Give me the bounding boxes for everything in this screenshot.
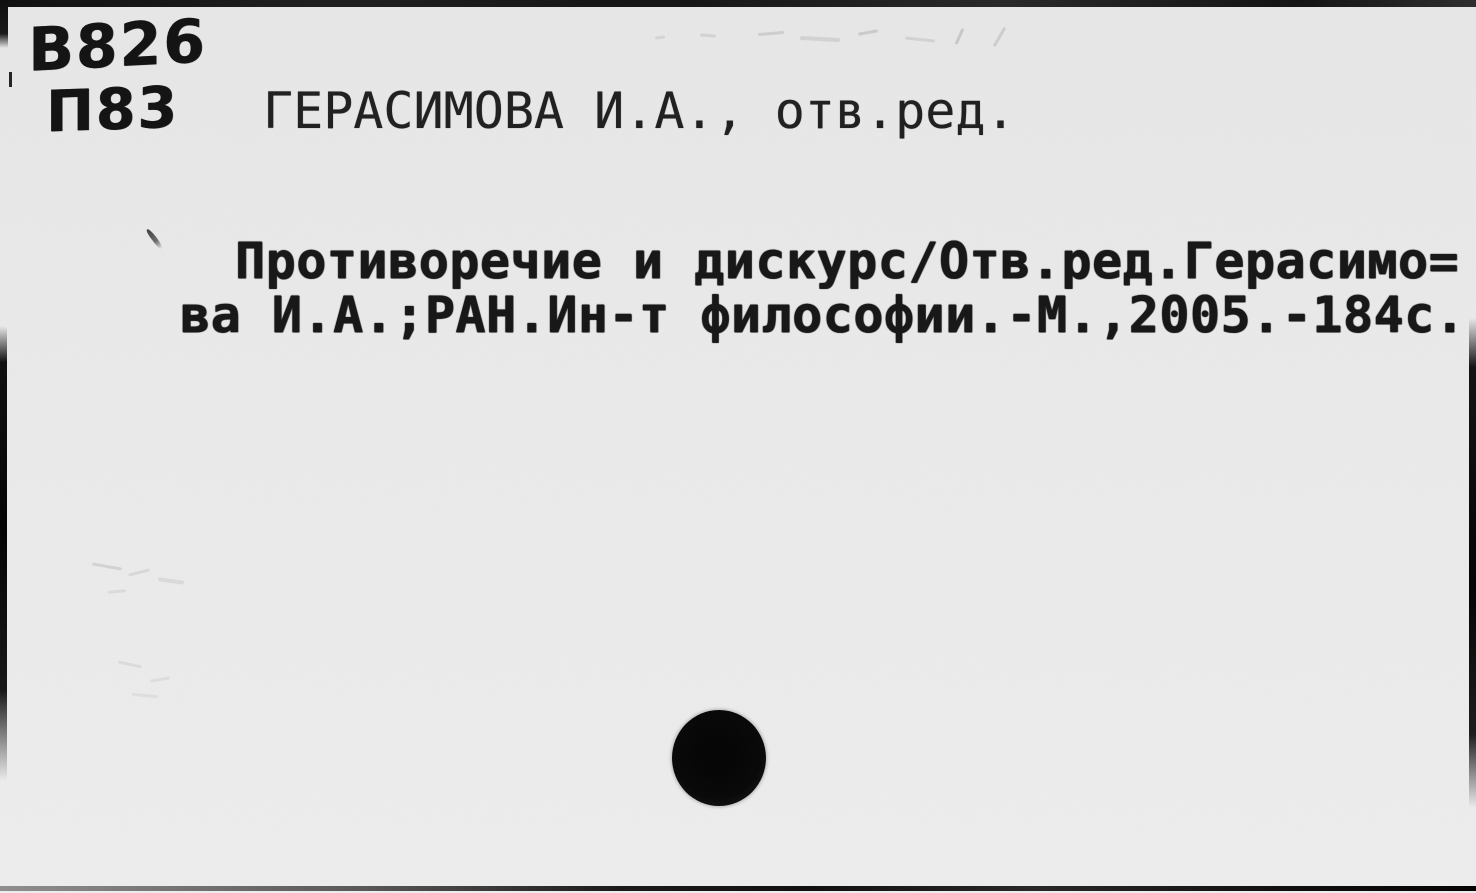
call-number-bottom: П83: [46, 80, 179, 142]
pen-tick-mark: [145, 228, 164, 250]
bibliographic-entry: Противоречие и дискурс/Отв.ред.Герасимо=…: [180, 234, 1476, 342]
call-number-top: В826: [28, 11, 207, 80]
ink-speck: [9, 72, 12, 87]
author-heading: ГЕРАСИМОВА И.А., отв.ред.: [263, 86, 1016, 136]
scan-edge-right: [1469, 318, 1476, 808]
scan-edge-top: [0, 0, 1476, 7]
scan-edge-top-left: [0, 0, 8, 48]
scan-edge-bottom: [0, 886, 1476, 891]
library-catalog-card-scan: В826 П83 ГЕРАСИМОВА И.А., отв.ред. Проти…: [0, 0, 1476, 893]
entry-line-1: Противоречие и дискурс/Отв.ред.Герасимо=: [180, 234, 1476, 288]
punch-hole-dot: [672, 710, 766, 806]
scan-edge-left: [0, 326, 7, 781]
entry-line-2: ва И.А.;РАН.Ин-т философии.-М.,2005.-184…: [180, 288, 1476, 342]
